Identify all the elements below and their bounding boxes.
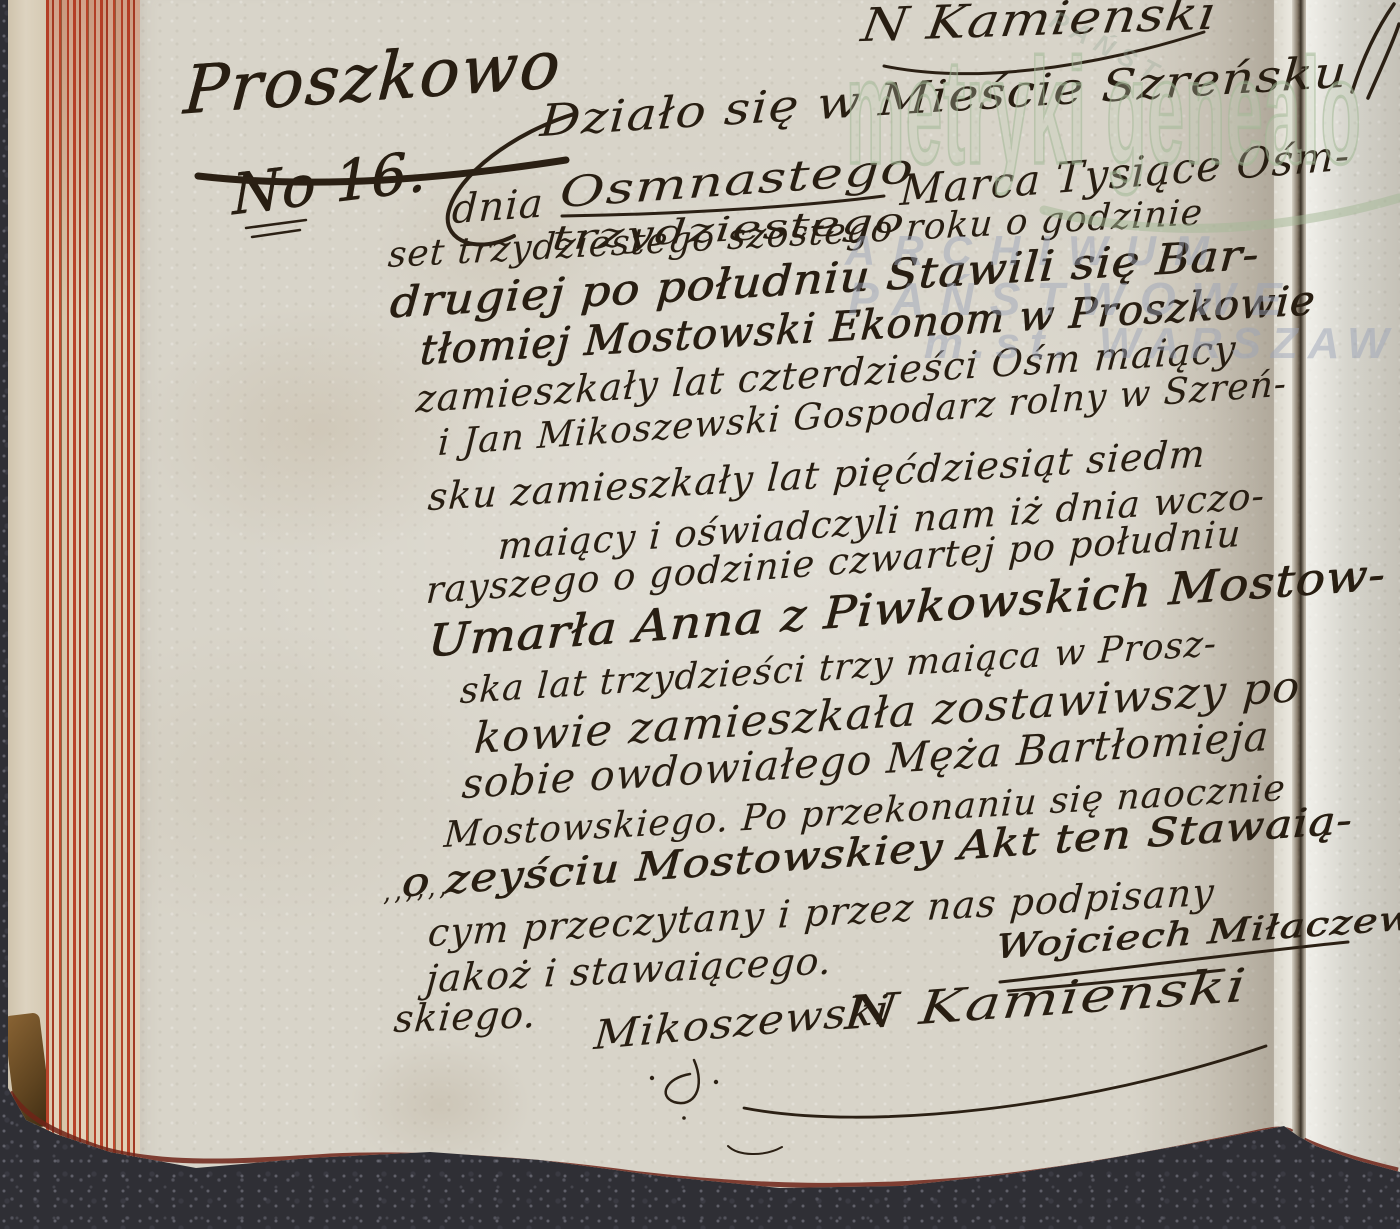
archive-watermark-line1: ARCHIWUM: [845, 230, 1227, 272]
photographed-register-page: Proszkowo No 16. N Kamienski Działo się …: [0, 0, 1400, 1229]
handwritten-line-2: dnia: [451, 183, 545, 230]
red-stained-page-edges: [46, 0, 142, 1160]
handwritten-line-22: skiego.: [392, 995, 538, 1038]
page-stack-fore-edge: [8, 0, 48, 1150]
ink-marks: ,,,,,,: [381, 873, 451, 906]
open-book: Proszkowo No 16. N Kamienski Działo się …: [0, 0, 1400, 1229]
archive-watermark-line3: m.st. WARSZAW: [924, 322, 1399, 366]
archive-watermark-line2: PAŃSTWOWE: [848, 276, 1298, 322]
